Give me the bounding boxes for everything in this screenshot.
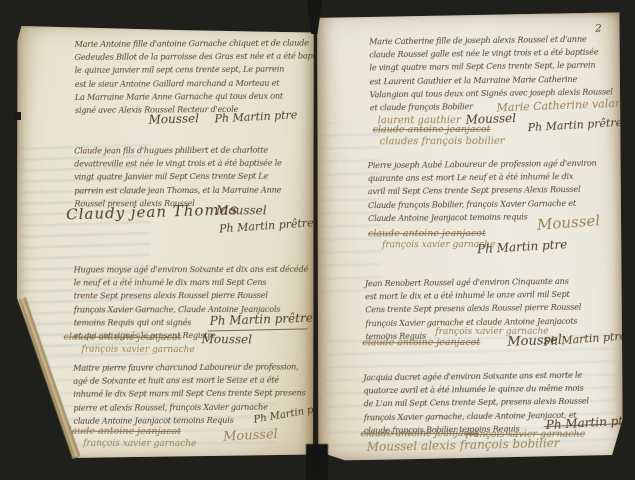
signature: claude antoine jeanjacot: [63, 426, 181, 438]
register-entry-burial-1: Hugues moyse agé d'environ Soixante et d…: [74, 263, 309, 343]
page-top-mark: 1: [160, 20, 165, 28]
signature: claude antoine jeanjacot: [368, 228, 486, 239]
register-entry-baptism-2: Claude jean fils d'hugues philibert et d…: [74, 144, 282, 211]
entry-line: parrein est claude jean Thomas, et la Ma…: [74, 183, 281, 197]
entry-line: Claude jean fils d'hugues philibert et d…: [74, 144, 281, 158]
signature: françois xavier garnache: [83, 439, 196, 449]
signature: Moussel: [536, 211, 600, 234]
signature: claude antoine jeanjacot: [373, 124, 491, 135]
signature: Ph Martin ptre: [214, 108, 297, 125]
signature: claude antoine jeanjacot: [362, 337, 480, 348]
register-entry-baptism-1: Marie Antoine fille d'antoine Garnache c…: [74, 36, 331, 117]
page-edge-notch: [14, 112, 21, 120]
entry-line: devattreville est née le vingt trois et …: [74, 157, 281, 171]
signature: Moussel: [202, 332, 253, 346]
signature: Moussel: [216, 203, 267, 217]
signature: Moussel: [148, 111, 199, 127]
entry-line: trente Sept presens alexis Roussel pierr…: [74, 289, 308, 303]
entry-line: le neuf et a été inhumé le dix mars mil …: [74, 276, 308, 290]
signature: Ph Martin prêtre: [219, 216, 314, 235]
signature: Ph Martin prêtre: [527, 116, 622, 134]
signature: Claudy jean Thomas: [66, 200, 239, 223]
signature: Moussel: [223, 427, 278, 445]
entry-line: vingt quatre Janvier mil Sept Cens trent…: [74, 170, 281, 184]
binding-gap-bottom: [306, 444, 328, 480]
right-page: 2 Marie Catherine fille de joseph alexis…: [316, 11, 623, 460]
left-page: 1 u Marie Antoine fille d'antoine Garnac…: [15, 23, 315, 460]
signature: Moussel alexis françois bobilier: [367, 436, 560, 454]
scanned-register-spread: 1 u Marie Antoine fille d'antoine Garnac…: [0, 0, 635, 480]
signature: claudes françois bobilier: [380, 136, 505, 147]
page-top-mark: u: [267, 16, 272, 24]
signature: françois xavier garnache: [82, 345, 195, 355]
signature: claude antoine jeanjacot: [64, 332, 182, 344]
entry-line: Hugues moyse agé d'environ Soixante et d…: [74, 263, 308, 277]
